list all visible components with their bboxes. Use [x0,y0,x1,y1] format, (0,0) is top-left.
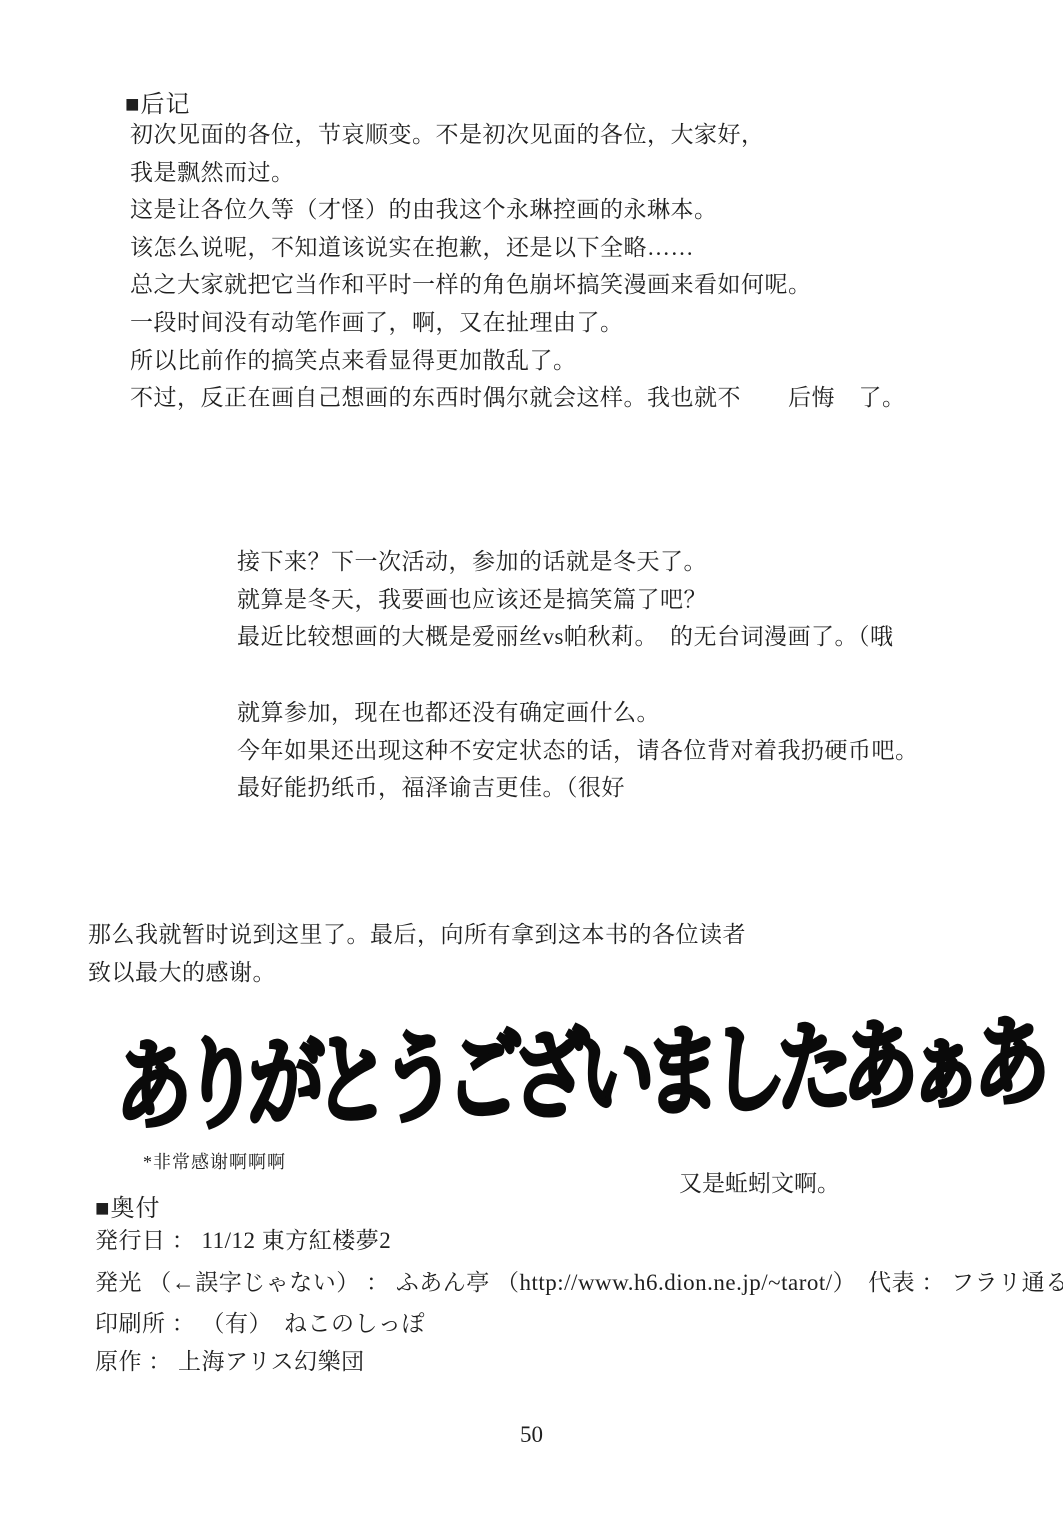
colophon-original-work: 原作 ： 上海アリス幻樂団 [95,1343,365,1376]
afterword-closing: 那么我就暂时说到这里了。最后，向所有拿到这本书的各位读者 致以最大的感谢。 [88,916,746,991]
afterword-paragraph-3: 就算参加，现在也都还没有确定画什么。 今年如果还出现这种不安定状态的话，请各位背… [237,694,919,807]
colophon-printer: 印刷所 ： （有） ねこのしっぽ [95,1305,425,1338]
afterword-paragraph-1: 初次见面的各位，节哀顺变。不是初次见面的各位，大家好， 我是飘然而过。 这是让各… [130,116,906,417]
colophon-heading: ■奥付 [95,1188,161,1223]
colophon-publication-date: 発行日 ： 11/12 東方紅楼夢2 [95,1222,391,1255]
handwritten-thanks-text: ありがとうございましたあぁあ [115,983,1042,1150]
scanned-afterword-page: ■后记 初次见面的各位，节哀顺变。不是初次见面的各位，大家好， 我是飘然而过。 … [0,0,1063,1514]
colophon-circle-info: 発光 （←誤字じゃない） ： ふあん亭 （http://www.h6.dion.… [95,1264,1063,1297]
page-number: 50 [0,1422,1063,1448]
side-comment: 又是蚯蚓文啊。 [679,1165,840,1198]
afterword-heading: ■后记 [125,84,191,119]
afterword-paragraph-2: 接下来？下一次活动，参加的话就是冬天了。 就算是冬天，我要画也应该还是搞笑篇了吧… [237,543,893,656]
handwritten-thanks-translation-note: *非常感谢啊啊啊 [143,1148,286,1174]
